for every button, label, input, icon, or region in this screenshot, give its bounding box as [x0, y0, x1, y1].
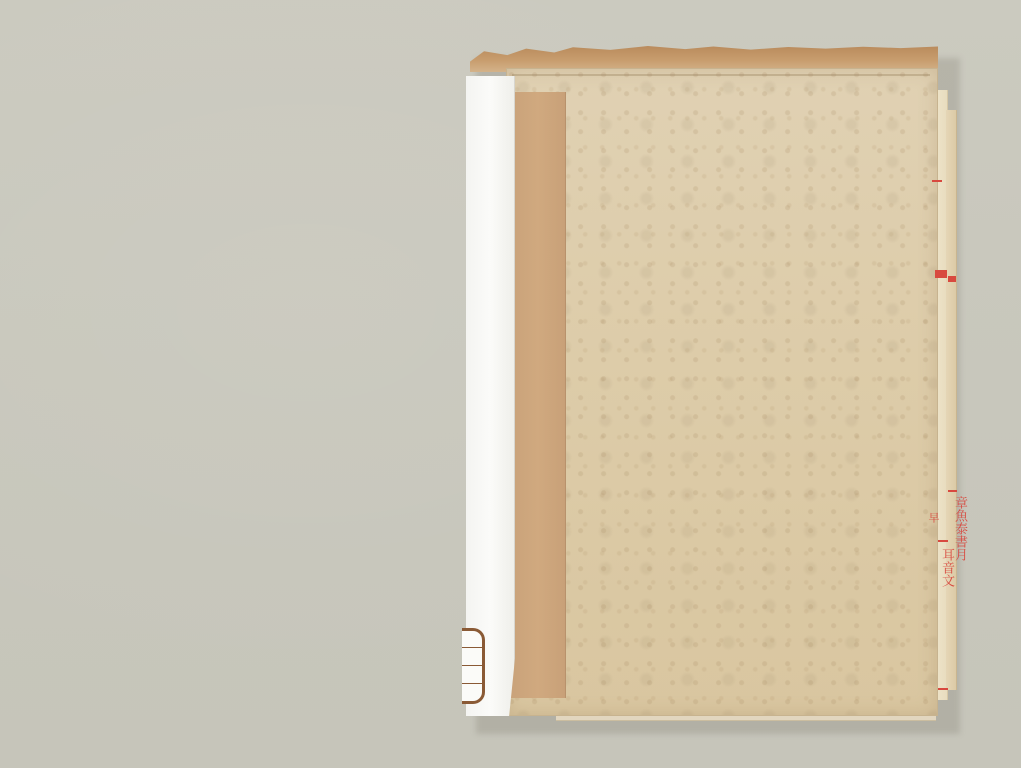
- red-rule-mark: [948, 490, 957, 492]
- fore-edge-title-left: 早: [922, 512, 944, 523]
- spine-paper-strip: [510, 92, 566, 698]
- red-rule-mark: [938, 540, 948, 542]
- fore-edge-pages-back: [946, 110, 957, 690]
- label-line: [462, 647, 482, 648]
- label-line: [462, 665, 482, 666]
- red-rule-mark: [938, 688, 948, 690]
- library-label: [462, 628, 485, 704]
- old-book: 章魚泰書月 耳音文 早: [462, 40, 962, 730]
- cover-crease: [512, 74, 930, 76]
- red-block-mark: [948, 276, 956, 282]
- red-block-mark: [935, 270, 947, 278]
- white-binding-strip: [466, 76, 515, 716]
- red-rule-mark: [932, 180, 942, 182]
- fore-edge-title-middle: 耳音文: [935, 548, 957, 587]
- front-cover: [506, 68, 938, 716]
- label-line: [462, 683, 482, 684]
